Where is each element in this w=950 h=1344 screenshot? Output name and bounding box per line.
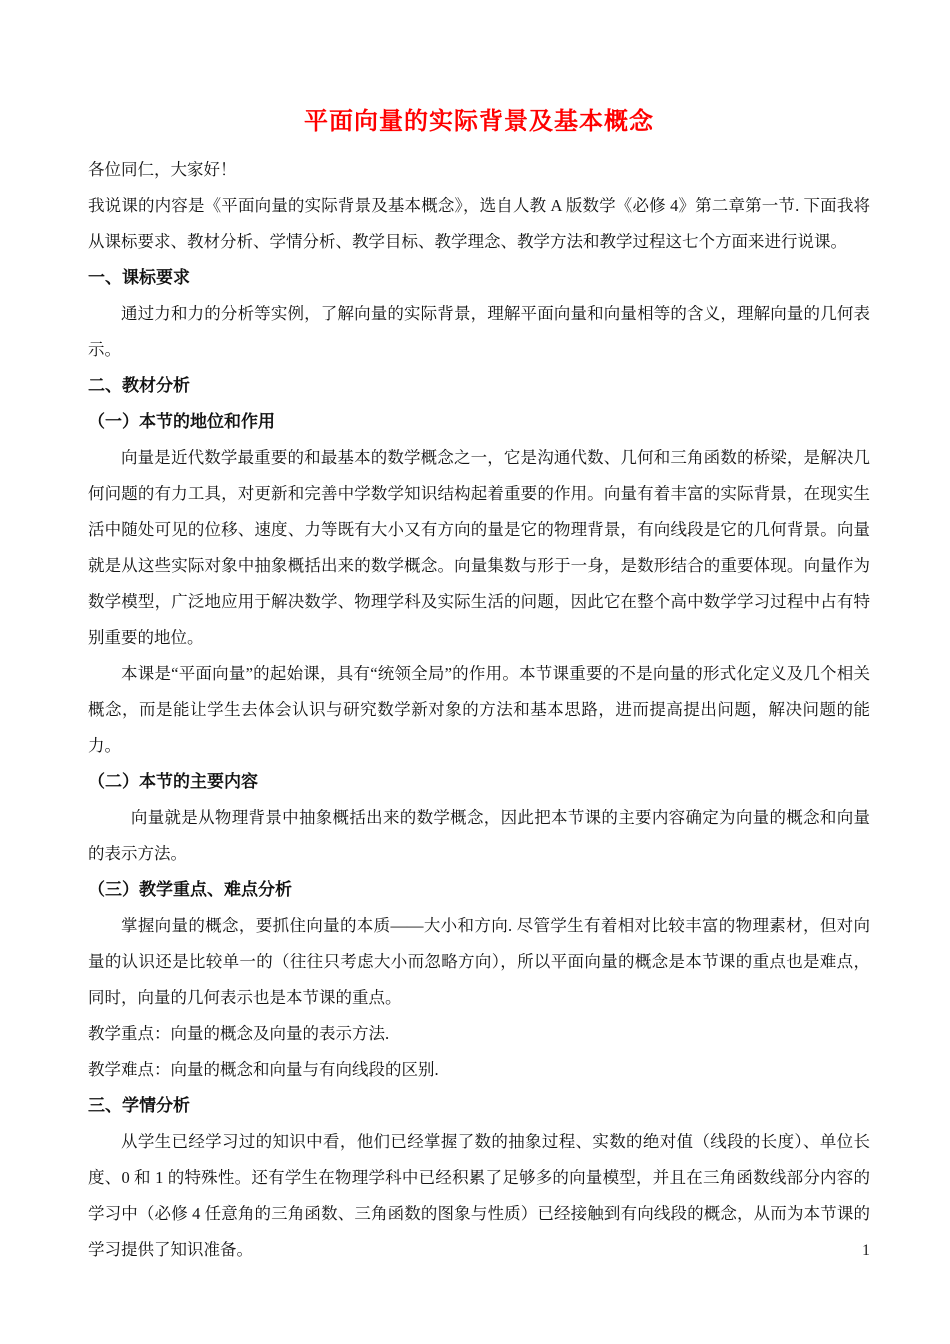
section-heading: 二、教材分析: [88, 368, 870, 404]
paragraph: 向量是近代数学最重要的和最基本的数学概念之一，它是沟通代数、几何和三角函数的桥梁…: [88, 440, 870, 656]
paragraph: 通过力和力的分析等实例，了解向量的实际背景，理解平面向量和向量相等的含义，理解向…: [88, 296, 870, 368]
section-heading: （一）本节的地位和作用: [88, 404, 870, 440]
paragraph: 向量就是从物理背景中抽象概括出来的数学概念，因此把本节课的主要内容确定为向量的概…: [88, 800, 870, 872]
paragraph: 各位同仁，大家好！: [88, 152, 870, 188]
document-body: 各位同仁，大家好！我说课的内容是《平面向量的实际背景及基本概念》，选自人教 A …: [88, 152, 870, 1268]
paragraph: 教学重点：向量的概念及向量的表示方法.: [88, 1016, 870, 1052]
paragraph: 我说课的内容是《平面向量的实际背景及基本概念》，选自人教 A 版数学《必修 4》…: [88, 188, 870, 260]
paragraph: 教学难点：向量的概念和向量与有向线段的区别.: [88, 1052, 870, 1088]
paragraph: 掌握向量的概念，要抓住向量的本质——大小和方向. 尽管学生有着相对比较丰富的物理…: [88, 908, 870, 1016]
section-heading: 三、学情分析: [88, 1088, 870, 1124]
paragraph: 本课是“平面向量”的起始课，具有“统领全局”的作用。本节课重要的不是向量的形式化…: [88, 656, 870, 764]
page-footer: 1: [0, 1240, 870, 1262]
section-heading: （二）本节的主要内容: [88, 764, 870, 800]
section-heading: （三）教学重点、难点分析: [88, 872, 870, 908]
section-heading: 一、课标要求: [88, 260, 870, 296]
document-title: 平面向量的实际背景及基本概念: [88, 102, 870, 142]
document-page: 平面向量的实际背景及基本概念 各位同仁，大家好！我说课的内容是《平面向量的实际背…: [0, 0, 950, 1344]
page-number: 1: [862, 1242, 870, 1259]
